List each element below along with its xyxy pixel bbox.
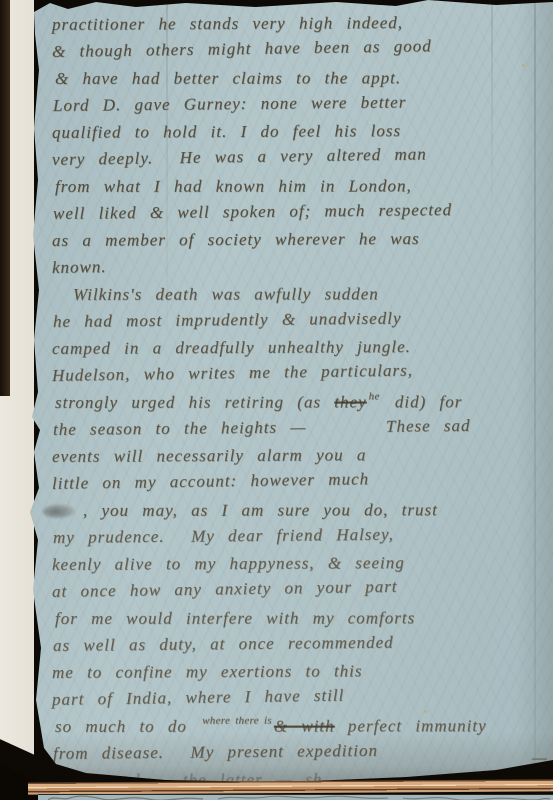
handwriting-text: very deeply. He was a very altered man (52, 144, 427, 169)
handwriting-line: from disease. My present expedition (53, 735, 553, 767)
handwriting-text: from what I had known him in London, (55, 176, 412, 196)
handwriting-text: qualified to hold it. I do feel his loss (52, 121, 401, 142)
handwriting-text: from disease. My present expedition (53, 741, 378, 763)
interlinear-insertion: where there is (202, 708, 272, 735)
struck-text: & with (274, 717, 335, 736)
book-fore-edge (28, 779, 553, 794)
handwriting-text: & have had better claims to the appt. (55, 68, 401, 88)
handwriting-text: Lord D. gave Gurney: none were better (53, 93, 406, 115)
handwriting-text: keenly alive to my happyness, & seeing (52, 553, 405, 574)
handwriting-text: known. (52, 257, 107, 277)
handwriting-text: me to confine my exertions to this (52, 661, 363, 682)
backdrop-shadow-left (0, 0, 10, 396)
handwriting-text: for me would interfere with my comforts (55, 608, 415, 628)
handwriting-text: he had most imprudently & unadvisedly (53, 309, 402, 331)
cursive-flourish-trace (38, 795, 553, 800)
handwriting-text: as well as duty, at once recommended (53, 633, 394, 655)
handwriting-text: events will necessarily alarm you a (52, 445, 366, 466)
handwriting-line: Lord D. gave Gurney: none were better (53, 87, 553, 119)
photographed-manuscript: practitioner he stands very high indeed,… (0, 0, 553, 800)
handwriting-text: & though others might have been as good (52, 36, 432, 61)
handwriting-text: as a member of society wherever he was (52, 229, 420, 250)
handwriting-text: , you may, as I am sure you do, trust (83, 500, 438, 520)
handwriting-text: Wilkins's death was awfully sudden (73, 284, 379, 304)
handwriting-text: Hudelson, who writes me the particulars, (52, 361, 413, 385)
handwriting-text: part of India, where I have still (52, 686, 345, 709)
interlinear-insertion: he (369, 383, 380, 410)
handwriting-line: my prudence. My dear friend Halsey, (53, 519, 553, 551)
handwriting-text: so much to do (55, 717, 200, 736)
handwriting-line: well liked & well spoken of; much respec… (53, 195, 553, 227)
struck-text: they (334, 392, 366, 411)
handwriting-text: little on my account: however much (52, 469, 369, 493)
handwriting-line: the season to the heights — These sad (53, 411, 553, 443)
handwriting-line: he had most imprudently & unadvisedly (53, 303, 553, 335)
handwriting-text: practitioner he stands very high indeed, (52, 13, 403, 34)
handwriting-text: my prudence. My dear friend Halsey, (53, 525, 394, 547)
handwriting-line: as well as duty, at once recommended (53, 627, 553, 659)
ink-smudge (43, 504, 75, 518)
handwriting-text: strongly urged his retiring (as (55, 393, 334, 412)
letter-page: practitioner he stands very high indeed,… (26, 0, 553, 784)
margin-dash: — (532, 748, 547, 768)
handwriting-text: camped in a dreadfully unhealthy jungle. (52, 337, 411, 358)
handwriting-text: the season to the heights — These sad (53, 416, 471, 439)
handwriting-text: perfect immunity (335, 716, 487, 735)
handwriting-text: did) for (382, 392, 463, 411)
handwriting-text: well liked & well spoken of; much respec… (53, 200, 452, 223)
next-page-sliver (38, 794, 553, 800)
handwriting-lines: practitioner he stands very high indeed,… (52, 11, 553, 794)
handwriting-text: at once how any anxiety on your part (52, 577, 398, 601)
